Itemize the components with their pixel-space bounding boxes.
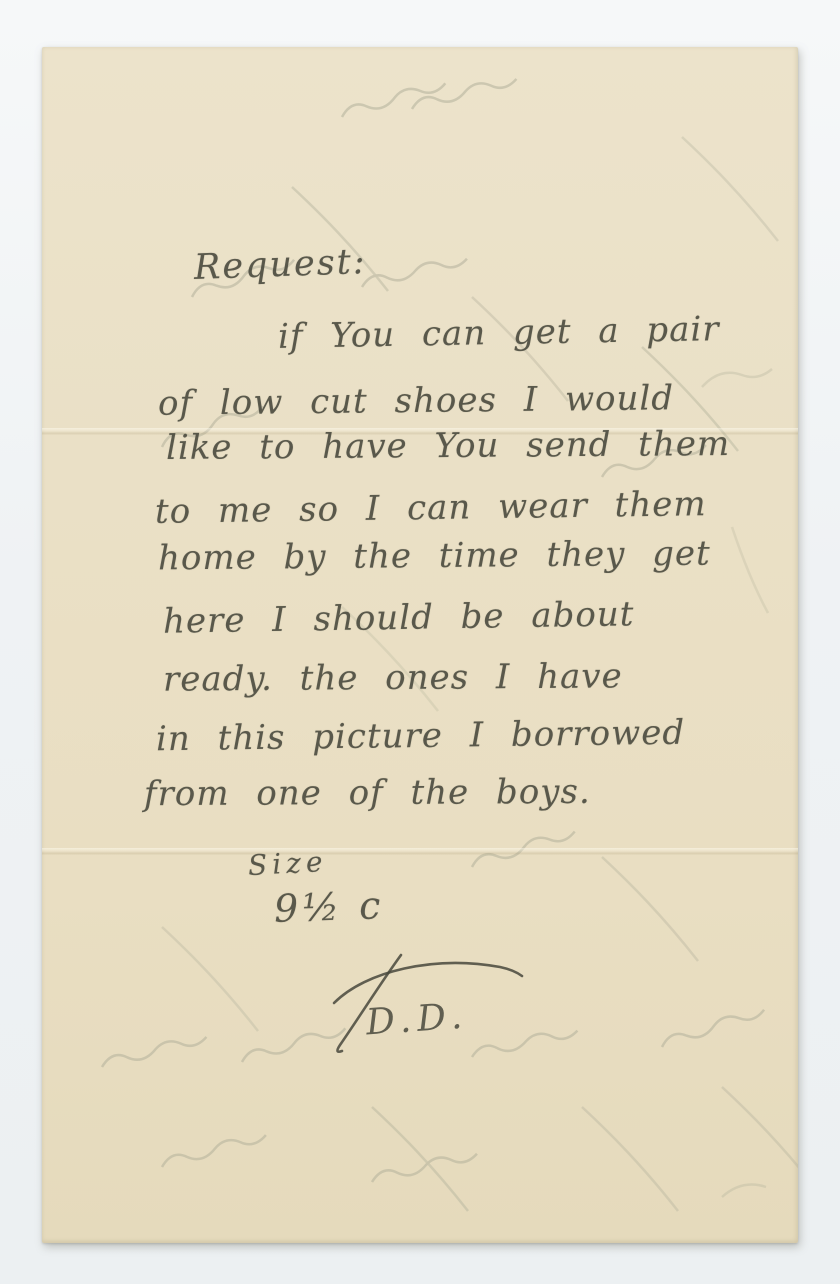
shoe-size-label: Size: [247, 845, 328, 882]
shoe-size-value: 9½ c: [273, 883, 385, 931]
letter-heading: Request:: [193, 242, 367, 288]
letter-line: from one of the boys.: [144, 772, 591, 814]
letter-line: home by the time they get: [158, 534, 711, 579]
signature-initials: D.D.: [365, 995, 470, 1043]
signature: D.D.: [304, 947, 534, 1067]
letter-line: if You can get a pair: [278, 309, 720, 357]
letter-line: like to have You send them: [166, 424, 730, 468]
letter-line: to me so I can wear them: [155, 484, 707, 532]
letter-page: Request: if You can get a pair of low cu…: [42, 47, 798, 1243]
letter-line: in this picture I borrowed: [156, 713, 686, 759]
letter-line: here I should be about: [163, 594, 635, 641]
scan-background: Request: if You can get a pair of low cu…: [0, 0, 840, 1284]
fold-crease-bottom: [42, 848, 798, 855]
letter-line: of low cut shoes I would: [158, 378, 674, 423]
letter-line: ready. the ones I have: [163, 656, 623, 699]
